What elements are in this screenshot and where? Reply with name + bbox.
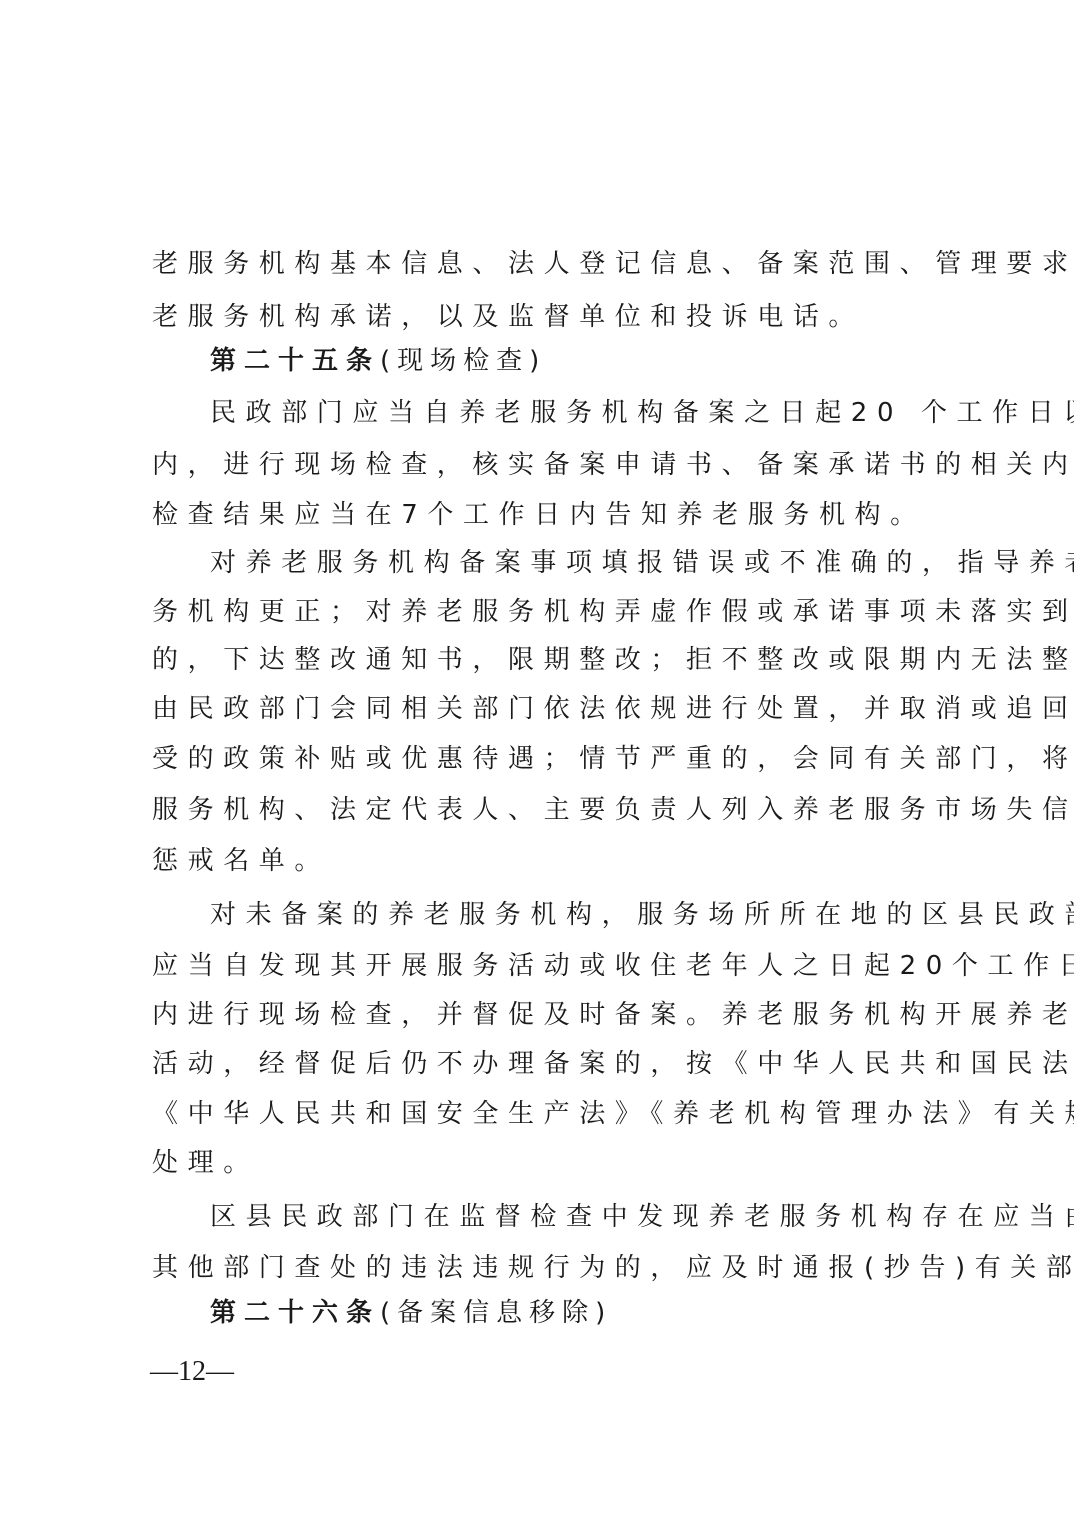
paragraph-line: 老服务机构承诺，以及监督单位和投诉电话。: [152, 297, 932, 337]
paragraph-line: 务机构更正；对养老服务机构弄虚作假或承诺事项未落实到位: [152, 592, 932, 632]
article-number: 第二十六条: [210, 1298, 380, 1328]
article-heading-26: 第二十六条(备案信息移除): [210, 1293, 990, 1333]
paragraph-line: 其他部门查处的违法违规行为的，应及时通报(抄告)有关部门。: [152, 1248, 932, 1288]
paragraph-line: 由民政部门会同相关部门依法依规进行处置，并取消或追回所享: [152, 689, 932, 729]
paragraph-line: 对养老服务机构备案事项填报错误或不准确的，指导养老服: [210, 543, 990, 583]
page-number: —12—: [150, 1356, 234, 1388]
paragraph-line: 应当自发现其开展服务活动或收住老年人之日起20个工作日以: [152, 946, 932, 986]
paragraph-line: 受的政策补贴或优惠待遇；情节严重的，会同有关部门，将养老: [152, 739, 932, 779]
paragraph-line: 对未备案的养老服务机构，服务场所所在地的区县民政部门: [210, 895, 990, 935]
paragraph-line: 老服务机构基本信息、法人登记信息、备案范围、管理要求、养: [152, 244, 932, 284]
paragraph-line: 内进行现场检查，并督促及时备案。养老服务机构开展养老服务: [152, 995, 932, 1035]
paragraph-line: 区县民政部门在监督检查中发现养老服务机构存在应当由: [210, 1197, 990, 1237]
article-number: 第二十五条: [210, 346, 380, 376]
document-page: 老服务机构基本信息、法人登记信息、备案范围、管理要求、养 老服务机构承诺，以及监…: [0, 0, 1074, 1519]
article-title: (备案信息移除): [380, 1298, 612, 1328]
paragraph-line: 惩戒名单。: [152, 841, 932, 881]
article-heading-25: 第二十五条(现场检查): [210, 341, 990, 381]
paragraph-line: 《中华人民共和国安全生产法》《养老机构管理办法》有关规定: [152, 1094, 932, 1134]
paragraph-line: 内，进行现场检查，核实备案申请书、备案承诺书的相关内容。: [152, 445, 932, 485]
paragraph-line: 的，下达整改通知书，限期整改；拒不整改或限期内无法整改的，: [152, 640, 932, 680]
paragraph-line: 服务机构、法定代表人、主要负责人列入养老服务市场失信联合: [152, 790, 932, 830]
article-title: (现场检查): [380, 346, 546, 376]
paragraph-line: 活动，经督促后仍不办理备案的，按《中华人民共和国民法典》: [152, 1044, 932, 1084]
paragraph-line: 检查结果应当在7个工作日内告知养老服务机构。: [152, 495, 932, 535]
paragraph-line: 处理。: [152, 1143, 932, 1183]
paragraph-line: 民政部门应当自养老服务机构备案之日起20 个工作日以: [210, 393, 990, 433]
